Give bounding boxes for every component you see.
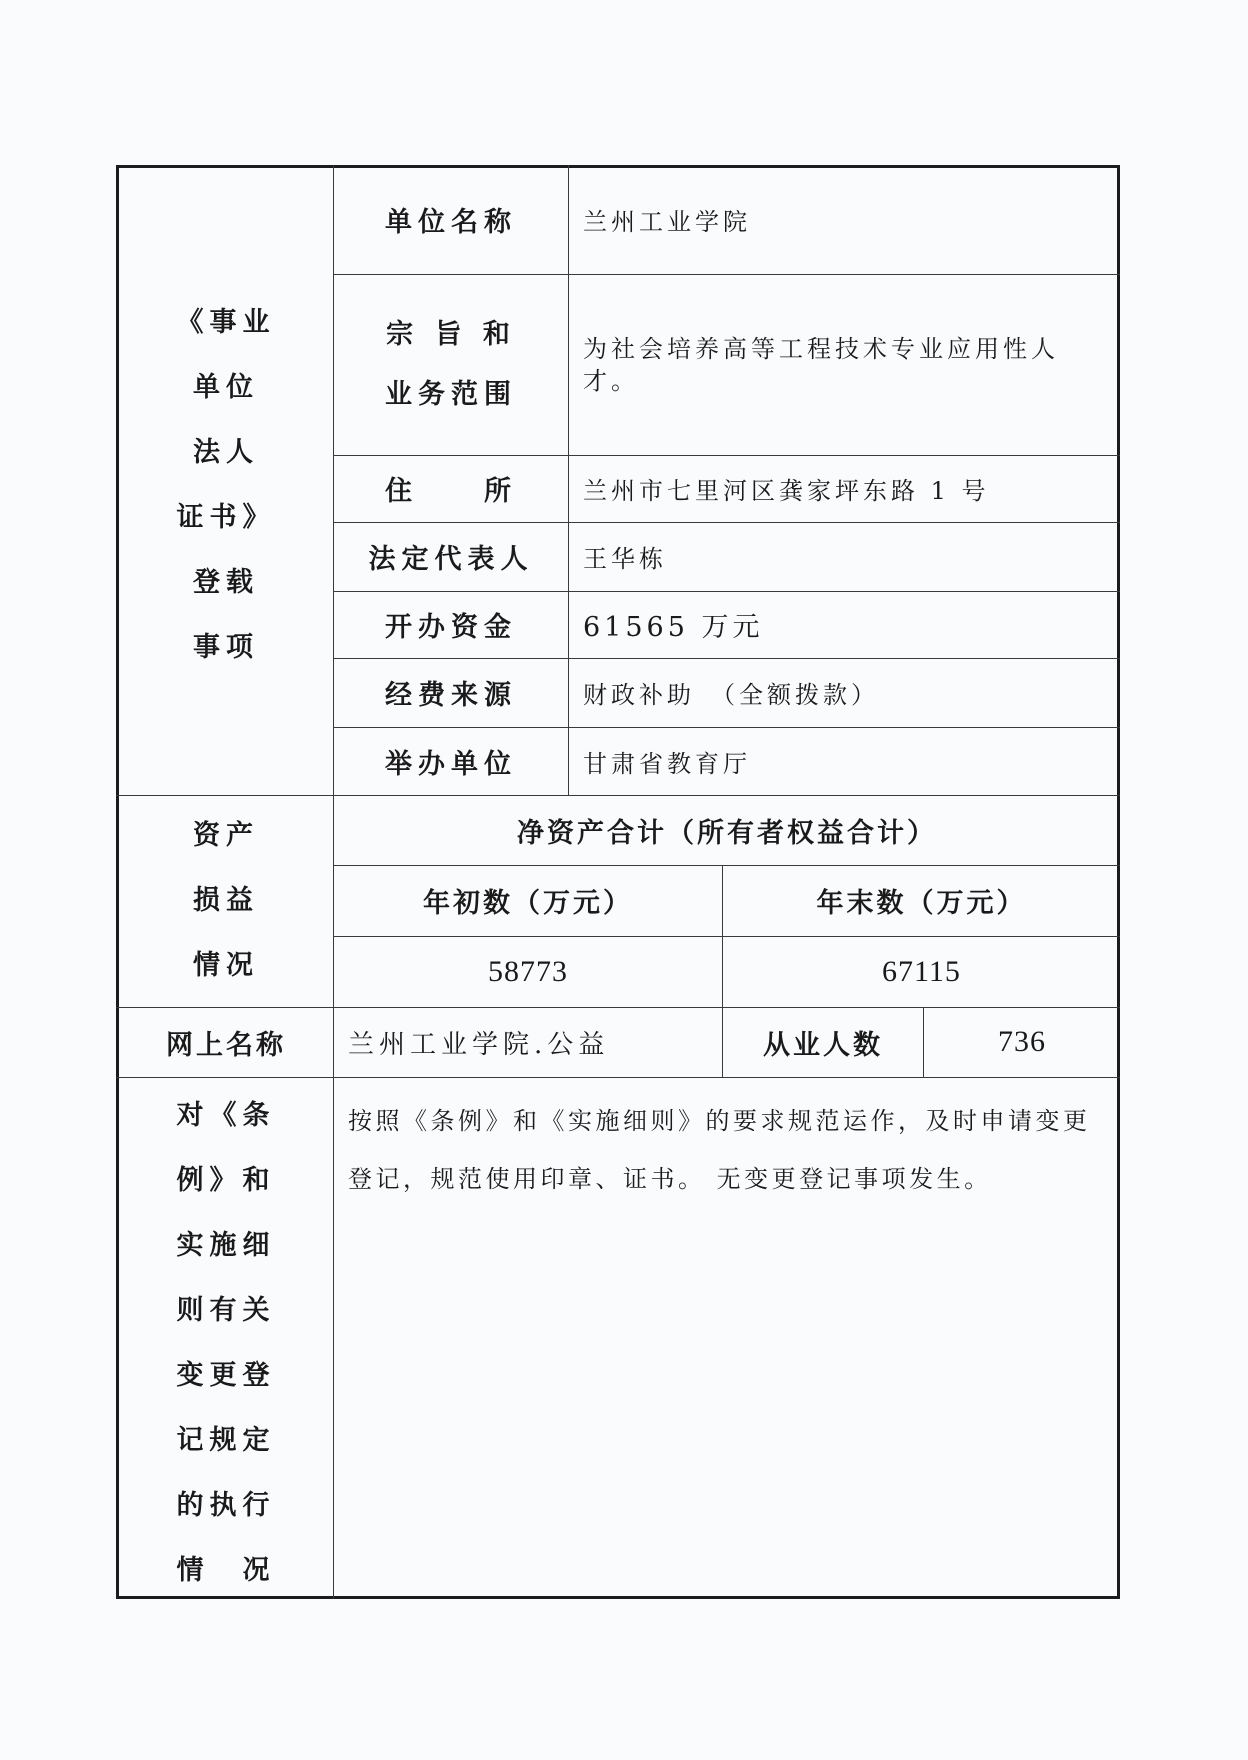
side-label-line: 单位 xyxy=(193,355,259,420)
side-label-line: 《事业 xyxy=(177,290,276,355)
side-label-line: 事项 xyxy=(193,615,259,680)
side-label-line: 法人 xyxy=(193,420,259,485)
side-label-line: 证书》 xyxy=(177,485,276,550)
side-label-line: 情况 xyxy=(193,933,259,998)
side-label-line: 登载 xyxy=(193,550,259,615)
beginning-of-year-header: 年初数（万元） xyxy=(334,865,722,936)
sponsor-label: 举办单位 xyxy=(334,727,568,795)
purpose-label-line: 业务范围 xyxy=(385,365,517,425)
side-label-line: 情 况 xyxy=(177,1538,276,1603)
address-label: 住 所 xyxy=(334,455,568,522)
end-of-year-header: 年末数（万元） xyxy=(723,865,1120,936)
registered-capital-value: 61565 万元 xyxy=(569,591,1120,658)
end-of-year-value: 67115 xyxy=(723,936,1120,1007)
beginning-of-year-value: 58773 xyxy=(334,936,722,1007)
unit-name-label: 单位名称 xyxy=(334,165,568,274)
address-value: 兰州市七里河区龚家坪东路 1 号 xyxy=(569,455,1120,522)
section-divider xyxy=(116,1077,1120,1078)
side-label-line: 资产 xyxy=(193,803,259,868)
sponsor-value: 甘肃省教育厅 xyxy=(569,727,1120,795)
registered-capital-label: 开办资金 xyxy=(334,591,568,658)
staff-count-label: 从业人数 xyxy=(723,1007,923,1077)
compliance-text: 按照《条例》和《实施细则》的要求规范运作，及时申请变更登记，规范使用印章、证书。… xyxy=(334,1092,1120,1592)
purpose-label: 宗 旨 和 业务范围 xyxy=(334,274,568,455)
legal-representative-value: 王华栋 xyxy=(569,522,1120,591)
registration-section-label: 《事业 单位 法人 证书》 登载 事项 xyxy=(119,290,333,690)
online-name-value: 兰州工业学院.公益 xyxy=(334,1007,722,1077)
side-label-line: 的执行 xyxy=(177,1473,276,1538)
side-label-line: 则有关 xyxy=(177,1278,276,1343)
legal-representative-label: 法定代表人 xyxy=(334,522,568,591)
compliance-section-label: 对《条 例》和 实施细 则有关 变更登 记规定 的执行 情 况 xyxy=(119,1083,333,1603)
unit-name-value: 兰州工业学院 xyxy=(569,165,1120,274)
assets-section-label: 资产 损益 情况 xyxy=(119,803,333,1003)
side-label-line: 例》和 xyxy=(177,1148,276,1213)
funding-source-label: 经费来源 xyxy=(334,658,568,727)
funding-source-value: 财政补助 （全额拨款） xyxy=(569,658,1120,727)
online-name-label: 网上名称 xyxy=(119,1007,333,1077)
side-label-line: 实施细 xyxy=(177,1213,276,1278)
side-label-line: 记规定 xyxy=(177,1408,276,1473)
side-label-line: 变更登 xyxy=(177,1343,276,1408)
net-assets-header: 净资产合计（所有者权益合计） xyxy=(334,795,1120,865)
purpose-label-line: 宗 旨 和 xyxy=(386,305,516,365)
staff-count-value: 736 xyxy=(924,1007,1120,1077)
side-label-line: 对《条 xyxy=(177,1083,276,1148)
side-label-line: 损益 xyxy=(193,868,259,933)
purpose-value: 为社会培养高等工程技术专业应用性人才。 xyxy=(569,274,1120,455)
